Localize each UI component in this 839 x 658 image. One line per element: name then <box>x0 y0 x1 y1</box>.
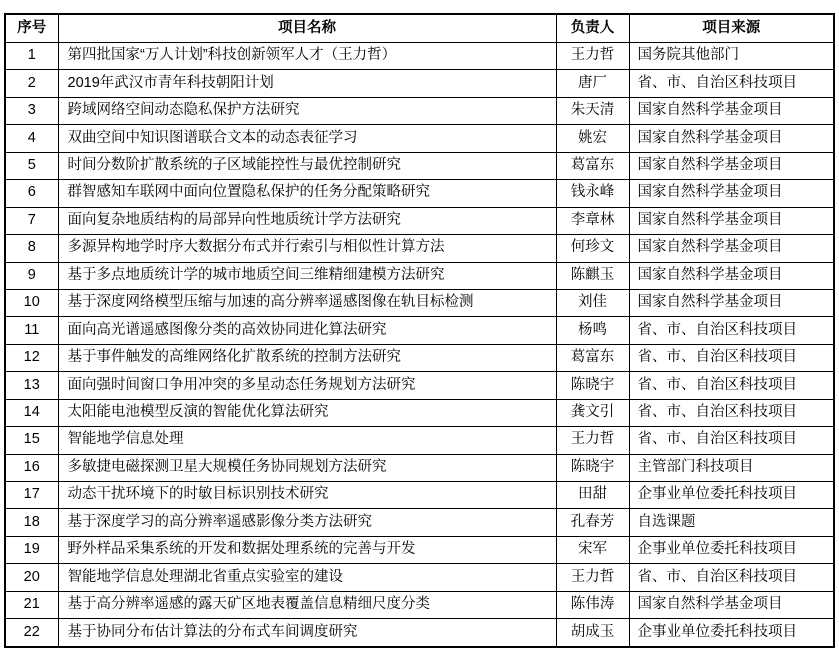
cell-project-source: 省、市、自治区科技项目 <box>629 372 834 399</box>
table-row: 6 群智感知车联网中面向位置隐私保护的任务分配策略研究 钱永峰 国家自然科学基金… <box>5 180 834 207</box>
cell-project-name: 多敏捷电磁探测卫星大规模任务协同规划方法研究 <box>58 454 556 481</box>
cell-project-name: 基于高分辨率遥感的露天矿区地表覆盖信息精细尺度分类 <box>58 591 556 618</box>
cell-leader: 孔春芳 <box>556 509 629 536</box>
project-table: 序号 项目名称 负责人 项目来源 1 第四批国家“万人计划”科技创新领军人才（王… <box>4 13 835 648</box>
cell-leader: 陈麒玉 <box>556 262 629 289</box>
table-row: 4 双曲空间中知识图谱联合文本的动态表征学习 姚宏 国家自然科学基金项目 <box>5 125 834 152</box>
cell-serial-number: 16 <box>5 454 58 481</box>
cell-leader: 葛富东 <box>556 344 629 371</box>
cell-project-name: 基于协同分布估计算法的分布式车间调度研究 <box>58 619 556 647</box>
cell-project-name: 跨域网络空间动态隐私保护方法研究 <box>58 97 556 124</box>
cell-project-source: 自选课题 <box>629 509 834 536</box>
table-row: 18 基于深度学习的高分辨率遥感影像分类方法研究 孔春芳 自选课题 <box>5 509 834 536</box>
table-row: 9 基于多点地质统计学的城市地质空间三维精细建模方法研究 陈麒玉 国家自然科学基… <box>5 262 834 289</box>
cell-serial-number: 22 <box>5 619 58 647</box>
cell-project-name: 第四批国家“万人计划”科技创新领军人才（王力哲） <box>58 43 556 70</box>
cell-project-name: 野外样品采集系统的开发和数据处理系统的完善与开发 <box>58 536 556 563</box>
cell-serial-number: 12 <box>5 344 58 371</box>
table-row: 15 智能地学信息处理 王力哲 省、市、自治区科技项目 <box>5 427 834 454</box>
cell-project-source: 国家自然科学基金项目 <box>629 262 834 289</box>
table-row: 22 基于协同分布估计算法的分布式车间调度研究 胡成玉 企事业单位委托科技项目 <box>5 619 834 647</box>
table-row: 21 基于高分辨率遥感的露天矿区地表覆盖信息精细尺度分类 陈伟涛 国家自然科学基… <box>5 591 834 618</box>
cell-project-source: 国家自然科学基金项目 <box>629 591 834 618</box>
cell-serial-number: 19 <box>5 536 58 563</box>
cell-project-name: 基于深度学习的高分辨率遥感影像分类方法研究 <box>58 509 556 536</box>
cell-serial-number: 15 <box>5 427 58 454</box>
table-row: 2 2019年武汉市青年科技朝阳计划 唐厂 省、市、自治区科技项目 <box>5 70 834 97</box>
cell-leader: 王力哲 <box>556 43 629 70</box>
cell-serial-number: 5 <box>5 152 58 179</box>
cell-serial-number: 1 <box>5 43 58 70</box>
cell-leader: 钱永峰 <box>556 180 629 207</box>
cell-project-source: 国家自然科学基金项目 <box>629 207 834 234</box>
cell-leader: 王力哲 <box>556 564 629 591</box>
cell-project-name: 动态干扰环境下的时敏目标识别技术研究 <box>58 482 556 509</box>
cell-project-source: 企事业单位委托科技项目 <box>629 482 834 509</box>
cell-project-name: 面向强时间窗口争用冲突的多星动态任务规划方法研究 <box>58 372 556 399</box>
cell-project-name: 面向高光谱遥感图像分类的高效协同进化算法研究 <box>58 317 556 344</box>
cell-leader: 唐厂 <box>556 70 629 97</box>
table-row: 10 基于深度网络模型压缩与加速的高分辨率遥感图像在轨目标检测 刘佳 国家自然科… <box>5 289 834 316</box>
cell-serial-number: 4 <box>5 125 58 152</box>
cell-project-source: 国家自然科学基金项目 <box>629 235 834 262</box>
cell-serial-number: 17 <box>5 482 58 509</box>
header-leader: 负责人 <box>556 14 629 43</box>
table-row: 1 第四批国家“万人计划”科技创新领军人才（王力哲） 王力哲 国务院其他部门 <box>5 43 834 70</box>
header-project-source: 项目来源 <box>629 14 834 43</box>
cell-project-source: 国务院其他部门 <box>629 43 834 70</box>
table-row: 8 多源异构地学时序大数据分布式并行索引与相似性计算方法 何珍文 国家自然科学基… <box>5 235 834 262</box>
cell-project-name: 智能地学信息处理 <box>58 427 556 454</box>
cell-leader: 陈晓宇 <box>556 454 629 481</box>
table-row: 13 面向强时间窗口争用冲突的多星动态任务规划方法研究 陈晓宇 省、市、自治区科… <box>5 372 834 399</box>
cell-serial-number: 2 <box>5 70 58 97</box>
cell-project-name: 多源异构地学时序大数据分布式并行索引与相似性计算方法 <box>58 235 556 262</box>
cell-serial-number: 18 <box>5 509 58 536</box>
header-serial-number: 序号 <box>5 14 58 43</box>
table-row: 14 太阳能电池模型反演的智能优化算法研究 龚文引 省、市、自治区科技项目 <box>5 399 834 426</box>
cell-project-source: 国家自然科学基金项目 <box>629 125 834 152</box>
table-row: 7 面向复杂地质结构的局部异向性地质统计学方法研究 李章林 国家自然科学基金项目 <box>5 207 834 234</box>
cell-project-source: 省、市、自治区科技项目 <box>629 399 834 426</box>
cell-project-source: 省、市、自治区科技项目 <box>629 344 834 371</box>
cell-project-source: 企事业单位委托科技项目 <box>629 619 834 647</box>
table-row: 11 面向高光谱遥感图像分类的高效协同进化算法研究 杨鸣 省、市、自治区科技项目 <box>5 317 834 344</box>
table-row: 12 基于事件触发的高维网络化扩散系统的控制方法研究 葛富东 省、市、自治区科技… <box>5 344 834 371</box>
cell-leader: 王力哲 <box>556 427 629 454</box>
cell-leader: 陈晓宇 <box>556 372 629 399</box>
cell-project-name: 太阳能电池模型反演的智能优化算法研究 <box>58 399 556 426</box>
cell-project-name: 智能地学信息处理湖北省重点实验室的建设 <box>58 564 556 591</box>
cell-leader: 葛富东 <box>556 152 629 179</box>
cell-serial-number: 3 <box>5 97 58 124</box>
cell-serial-number: 6 <box>5 180 58 207</box>
cell-serial-number: 13 <box>5 372 58 399</box>
table-row: 3 跨域网络空间动态隐私保护方法研究 朱天清 国家自然科学基金项目 <box>5 97 834 124</box>
cell-leader: 李章林 <box>556 207 629 234</box>
cell-leader: 龚文引 <box>556 399 629 426</box>
cell-leader: 姚宏 <box>556 125 629 152</box>
header-project-name: 项目名称 <box>58 14 556 43</box>
table-row: 19 野外样品采集系统的开发和数据处理系统的完善与开发 宋军 企事业单位委托科技… <box>5 536 834 563</box>
cell-serial-number: 11 <box>5 317 58 344</box>
table-row: 17 动态干扰环境下的时敏目标识别技术研究 田甜 企事业单位委托科技项目 <box>5 482 834 509</box>
cell-leader: 宋军 <box>556 536 629 563</box>
cell-serial-number: 20 <box>5 564 58 591</box>
cell-project-source: 省、市、自治区科技项目 <box>629 70 834 97</box>
table-row: 5 时间分数阶扩散系统的子区域能控性与最优控制研究 葛富东 国家自然科学基金项目 <box>5 152 834 179</box>
cell-leader: 刘佳 <box>556 289 629 316</box>
cell-serial-number: 7 <box>5 207 58 234</box>
cell-leader: 陈伟涛 <box>556 591 629 618</box>
table-body: 1 第四批国家“万人计划”科技创新领军人才（王力哲） 王力哲 国务院其他部门 2… <box>5 43 834 648</box>
cell-leader: 何珍文 <box>556 235 629 262</box>
cell-project-name: 群智感知车联网中面向位置隐私保护的任务分配策略研究 <box>58 180 556 207</box>
cell-project-source: 国家自然科学基金项目 <box>629 180 834 207</box>
cell-serial-number: 21 <box>5 591 58 618</box>
cell-serial-number: 8 <box>5 235 58 262</box>
cell-project-source: 国家自然科学基金项目 <box>629 152 834 179</box>
table-row: 16 多敏捷电磁探测卫星大规模任务协同规划方法研究 陈晓宇 主管部门科技项目 <box>5 454 834 481</box>
cell-project-source: 企事业单位委托科技项目 <box>629 536 834 563</box>
cell-project-name: 面向复杂地质结构的局部异向性地质统计学方法研究 <box>58 207 556 234</box>
cell-serial-number: 10 <box>5 289 58 316</box>
cell-project-source: 省、市、自治区科技项目 <box>629 564 834 591</box>
cell-project-name: 基于多点地质统计学的城市地质空间三维精细建模方法研究 <box>58 262 556 289</box>
table-header-row: 序号 项目名称 负责人 项目来源 <box>5 14 834 43</box>
cell-project-name: 双曲空间中知识图谱联合文本的动态表征学习 <box>58 125 556 152</box>
cell-project-source: 国家自然科学基金项目 <box>629 97 834 124</box>
cell-project-source: 主管部门科技项目 <box>629 454 834 481</box>
cell-serial-number: 14 <box>5 399 58 426</box>
cell-project-name: 2019年武汉市青年科技朝阳计划 <box>58 70 556 97</box>
cell-leader: 杨鸣 <box>556 317 629 344</box>
cell-leader: 胡成玉 <box>556 619 629 647</box>
cell-project-source: 省、市、自治区科技项目 <box>629 317 834 344</box>
cell-leader: 田甜 <box>556 482 629 509</box>
cell-project-name: 基于事件触发的高维网络化扩散系统的控制方法研究 <box>58 344 556 371</box>
cell-project-source: 省、市、自治区科技项目 <box>629 427 834 454</box>
table-row: 20 智能地学信息处理湖北省重点实验室的建设 王力哲 省、市、自治区科技项目 <box>5 564 834 591</box>
cell-project-name: 基于深度网络模型压缩与加速的高分辨率遥感图像在轨目标检测 <box>58 289 556 316</box>
cell-project-source: 国家自然科学基金项目 <box>629 289 834 316</box>
cell-project-name: 时间分数阶扩散系统的子区域能控性与最优控制研究 <box>58 152 556 179</box>
cell-serial-number: 9 <box>5 262 58 289</box>
cell-leader: 朱天清 <box>556 97 629 124</box>
